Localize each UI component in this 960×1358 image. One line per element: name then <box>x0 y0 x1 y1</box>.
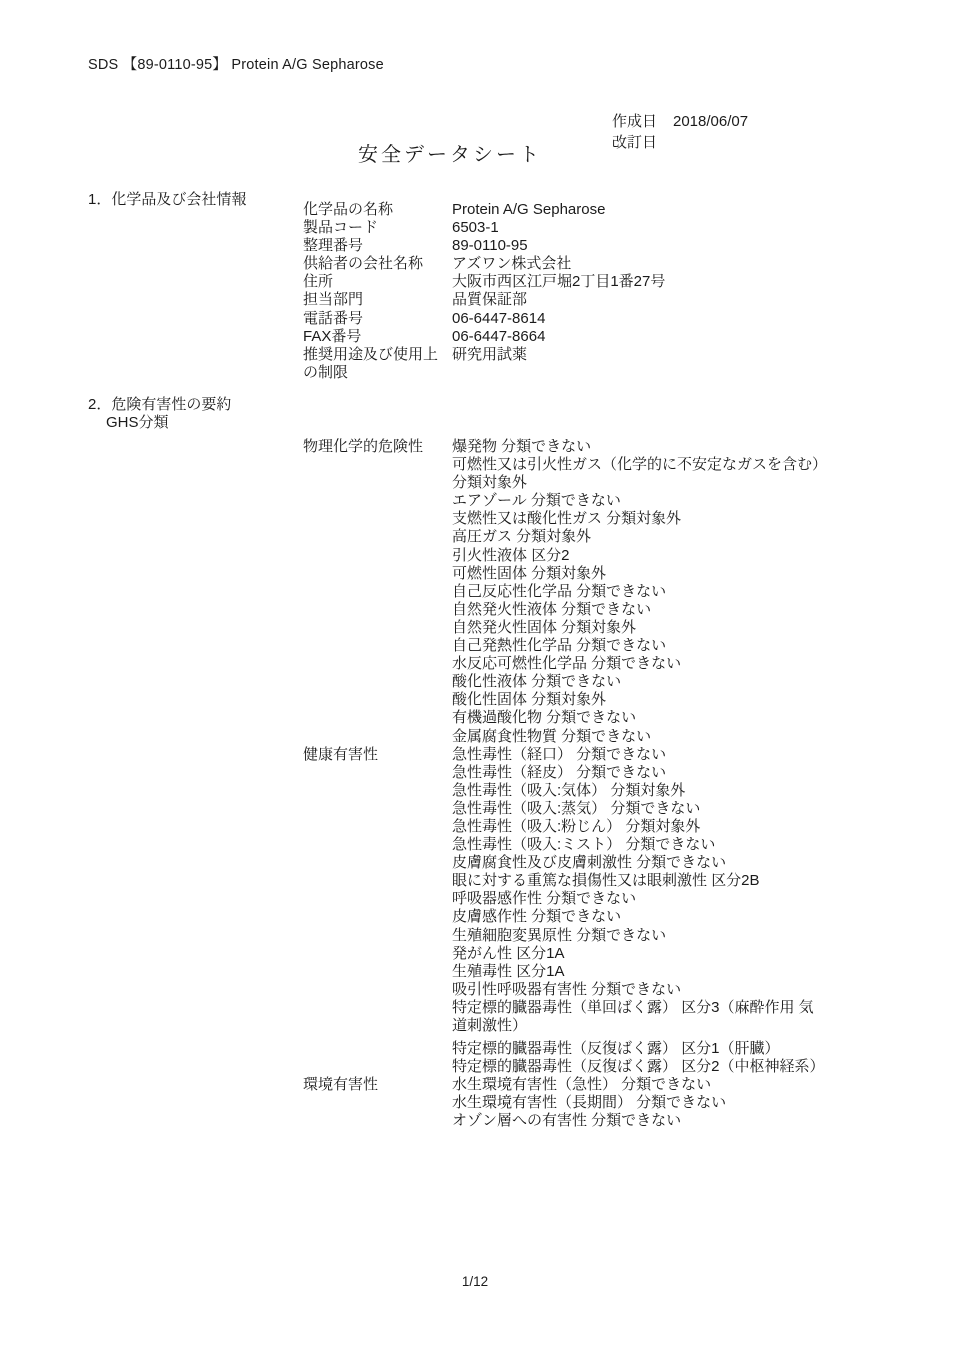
field-label: 推奨用途及び使用上の制限 <box>303 346 452 382</box>
ghs-hazard-item: 急性毒性（吸入:蒸気） 分類できない <box>452 800 828 818</box>
ghs-hazard-item: 急性毒性（吸入:粉じん） 分類対象外 <box>452 818 828 836</box>
field-label: FAX番号 <box>303 328 452 346</box>
ghs-hazard-item: 吸引性呼吸器有害性 分類できない <box>452 981 828 999</box>
field-label: 電話番号 <box>303 310 452 328</box>
ghs-hazard-item: オゾン層への有害性 分類できない <box>452 1112 828 1130</box>
created-date-value: 2018/06/07 <box>673 111 748 132</box>
field-label: 住所 <box>303 273 452 291</box>
ghs-hazard-item: 有機過酸化物 分類できない <box>452 709 828 727</box>
company-info-row: 化学品の名称 Protein A/G Sepharose <box>303 201 848 219</box>
ghs-hazard-item: 急性毒性（吸入:ミスト） 分類できない <box>452 836 828 854</box>
section2-heading-block: 2．危険有害性の要約 GHS分類 <box>88 396 231 432</box>
field-value: 研究用試薬 <box>452 346 848 364</box>
ghs-hazard-item: 自己反応性化学品 分類できない <box>452 583 828 601</box>
ghs-hazard-item: 爆発物 分類できない <box>452 438 828 456</box>
ghs-hazard-item: 水反応可燃性化学品 分類できない <box>452 655 828 673</box>
ghs-hazard-item: 金属腐食性物質 分類できない <box>452 728 828 746</box>
field-label: 担当部門 <box>303 291 452 309</box>
field-value: 6503-1 <box>452 219 848 237</box>
ghs-hazard-item: 皮膚腐食性及び皮膚刺激性 分類できない <box>452 854 828 872</box>
ghs-hazard-item: 生殖毒性 区分1A <box>452 963 828 981</box>
field-label: 供給者の会社名称 <box>303 255 452 273</box>
field-label: 製品コード <box>303 219 452 237</box>
company-info-row: 推奨用途及び使用上の制限 研究用試薬 <box>303 346 848 382</box>
ghs-hazard-item: 高圧ガス 分類対象外 <box>452 528 828 546</box>
ghs-hazard-item: 急性毒性（経皮） 分類できない <box>452 764 828 782</box>
company-info-row: 住所 大阪市西区江戸堀2丁目1番27号 <box>303 273 848 291</box>
ghs-category-label: 環境有害性 <box>303 1076 452 1094</box>
field-value: 89-0110-95 <box>452 237 848 255</box>
ghs-hazard-item: 特定標的臓器毒性（反復ばく露） 区分2（中枢神経系） <box>452 1058 828 1076</box>
ghs-hazard-item: 可燃性固体 分類対象外 <box>452 565 828 583</box>
ghs-hazard-item: 急性毒性（吸入:気体） 分類対象外 <box>452 782 828 800</box>
ghs-hazard-item: 呼吸器感作性 分類できない <box>452 890 828 908</box>
company-info-row: 電話番号 06-6447-8614 <box>303 310 848 328</box>
created-date-row: 作成日 2018/06/07 <box>612 111 748 132</box>
field-value: アズワン株式会社 <box>452 255 848 273</box>
ghs-hazard-item: 急性毒性（経口） 分類できない <box>452 746 828 764</box>
ghs-hazard-item: 水生環境有害性（急性） 分類できない <box>452 1076 828 1094</box>
ghs-hazard-item: 皮膚感作性 分類できない <box>452 908 828 926</box>
ghs-hazard-item: 引火性液体 区分2 <box>452 547 828 565</box>
ghs-hazard-item: エアゾール 分類できない <box>452 492 828 510</box>
document-title: 安全データシート <box>0 146 900 164</box>
ghs-category-label: 物理化学的危険性 <box>303 438 452 456</box>
ghs-hazard-item: 酸化性液体 分類できない <box>452 673 828 691</box>
company-info-row: 供給者の会社名称 アズワン株式会社 <box>303 255 848 273</box>
field-value: Protein A/G Sepharose <box>452 201 848 219</box>
field-label: 整理番号 <box>303 237 452 255</box>
field-value: 06-6447-8614 <box>452 310 848 328</box>
field-value: 06-6447-8664 <box>452 328 848 346</box>
company-info-row: 製品コード 6503-1 <box>303 219 848 237</box>
field-value: 品質保証部 <box>452 291 848 309</box>
company-info-row: 整理番号 89-0110-95 <box>303 237 848 255</box>
ghs-item-list: 爆発物 分類できない可燃性又は引火性ガス（化学的に不安定なガスを含む） 分類対象… <box>452 438 828 746</box>
section2-heading: 2．危険有害性の要約 <box>88 396 231 414</box>
page-number: 1/12 <box>0 1273 950 1291</box>
ghs-hazard-item: 自己発熱性化学品 分類できない <box>452 637 828 655</box>
field-label: 化学品の名称 <box>303 201 452 219</box>
ghs-category-row: 健康有害性 急性毒性（経口） 分類できない急性毒性（経皮） 分類できない急性毒性… <box>303 746 848 1077</box>
ghs-hazard-item: 可燃性又は引火性ガス（化学的に不安定なガスを含む） 分類対象外 <box>452 456 828 492</box>
ghs-hazard-item: 酸化性固体 分類対象外 <box>452 691 828 709</box>
created-date-label: 作成日 <box>612 111 673 132</box>
ghs-category-row: 環境有害性 水生環境有害性（急性） 分類できない水生環境有害性（長期間） 分類で… <box>303 1076 848 1130</box>
ghs-item-list: 急性毒性（経口） 分類できない急性毒性（経皮） 分類できない急性毒性（吸入:気体… <box>452 746 828 1077</box>
ghs-classification-subheading: GHS分類 <box>106 414 231 432</box>
field-value: 大阪市西区江戸堀2丁目1番27号 <box>452 273 848 291</box>
company-info-row: FAX番号 06-6447-8664 <box>303 328 848 346</box>
ghs-category-label: 健康有害性 <box>303 746 452 764</box>
chemical-company-table: 化学品の名称 Protein A/G Sepharose 製品コード 6503-… <box>303 201 848 382</box>
ghs-hazard-item: 眼に対する重篤な損傷性又は眼刺激性 区分2B <box>452 872 828 890</box>
section1-heading: 1．化学品及び会社情報 <box>88 191 246 209</box>
ghs-hazard-item: 生殖細胞変異原性 分類できない <box>452 927 828 945</box>
ghs-hazard-item: 発がん性 区分1A <box>452 945 828 963</box>
ghs-hazard-item: 自然発火性液体 分類できない <box>452 601 828 619</box>
document-reference-header: SDS 【89-0110-95】 Protein A/G Sepharose <box>88 56 384 74</box>
ghs-category-row: 物理化学的危険性 爆発物 分類できない可燃性又は引火性ガス（化学的に不安定なガス… <box>303 438 848 746</box>
company-info-row: 担当部門 品質保証部 <box>303 291 848 309</box>
ghs-hazard-item: 支燃性又は酸化性ガス 分類対象外 <box>452 510 828 528</box>
ghs-hazard-item: 特定標的臓器毒性（反復ばく露） 区分1（肝臓） <box>452 1040 828 1058</box>
ghs-classification-table: 物理化学的危険性 爆発物 分類できない可燃性又は引火性ガス（化学的に不安定なガス… <box>303 438 848 1131</box>
ghs-hazard-item: 自然発火性固体 分類対象外 <box>452 619 828 637</box>
ghs-hazard-item: 水生環境有害性（長期間） 分類できない <box>452 1094 828 1112</box>
sds-document-page: SDS 【89-0110-95】 Protein A/G Sepharose 作… <box>0 0 960 1358</box>
ghs-item-list: 水生環境有害性（急性） 分類できない水生環境有害性（長期間） 分類できないオゾン… <box>452 1076 828 1130</box>
ghs-hazard-item: 特定標的臓器毒性（単回ばく露） 区分3（麻酔作用 気道刺激性） <box>452 999 828 1035</box>
